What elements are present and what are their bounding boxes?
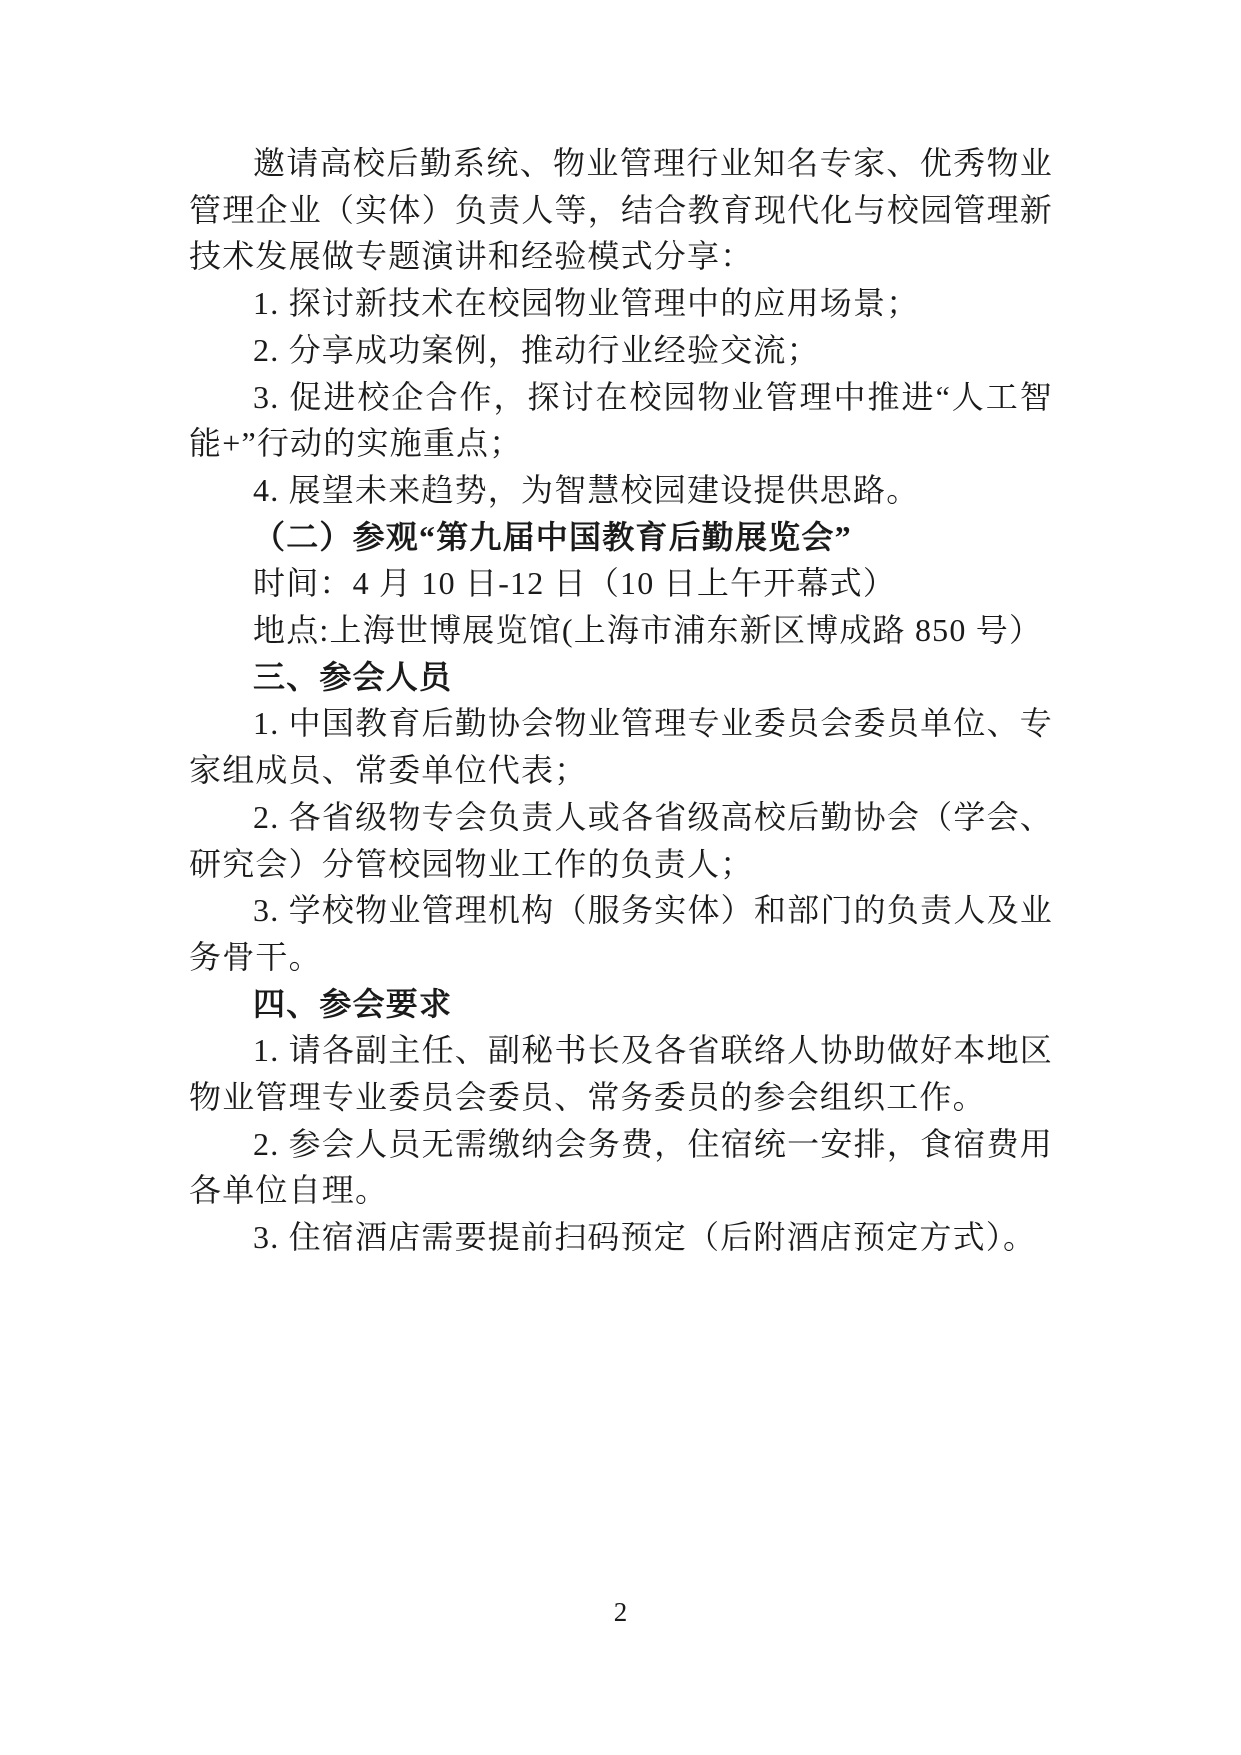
paragraph-time: 时间：4 月 10 日-12 日（10 日上午开幕式） (189, 560, 1053, 607)
page-number: 2 (614, 1597, 628, 1627)
paragraph-location: 地点:上海世博展览馆(上海市浦东新区博成路 850 号） (189, 607, 1053, 654)
list-item-requirement-2: 2. 参会人员无需缴纳会务费，住宿统一安排，食宿费用各单位自理。 (189, 1121, 1053, 1214)
list-item-topic-1: 1. 探讨新技术在校园物业管理中的应用场景； (189, 280, 1053, 327)
list-item-topic-4: 4. 展望未来趋势，为智慧校园建设提供思路。 (189, 467, 1053, 514)
heading-section-3-attendees: 三、参会人员 (189, 654, 1053, 701)
paragraph-intro: 邀请高校后勤系统、物业管理行业知名专家、优秀物业管理企业（实体）负责人等，结合教… (189, 140, 1053, 280)
list-item-attendee-3: 3. 学校物业管理机构（服务实体）和部门的负责人及业务骨干。 (189, 887, 1053, 980)
document-page: 邀请高校后勤系统、物业管理行业知名专家、优秀物业管理企业（实体）负责人等，结合教… (0, 0, 1241, 1755)
heading-section-2-exhibition: （二）参观“第九届中国教育后勤展览会” (189, 514, 1053, 561)
page-footer: 2 (0, 1597, 1241, 1628)
list-item-requirement-1: 1. 请各副主任、副秘书长及各省联络人协助做好本地区物业管理专业委员会委员、常务… (189, 1027, 1053, 1120)
list-item-attendee-1: 1. 中国教育后勤协会物业管理专业委员会委员单位、专家组成员、常委单位代表； (189, 700, 1053, 793)
list-item-attendee-2: 2. 各省级物专会负责人或各省级高校后勤协会（学会、研究会）分管校园物业工作的负… (189, 794, 1053, 887)
list-item-requirement-3: 3. 住宿酒店需要提前扫码预定（后附酒店预定方式）。 (189, 1214, 1053, 1261)
document-body: 邀请高校后勤系统、物业管理行业知名专家、优秀物业管理企业（实体）负责人等，结合教… (189, 140, 1053, 1261)
list-item-topic-3: 3. 促进校企合作，探讨在校园物业管理中推进“人工智能+”行动的实施重点； (189, 374, 1053, 467)
list-item-topic-2: 2. 分享成功案例，推动行业经验交流； (189, 327, 1053, 374)
heading-section-4-requirements: 四、参会要求 (189, 981, 1053, 1028)
